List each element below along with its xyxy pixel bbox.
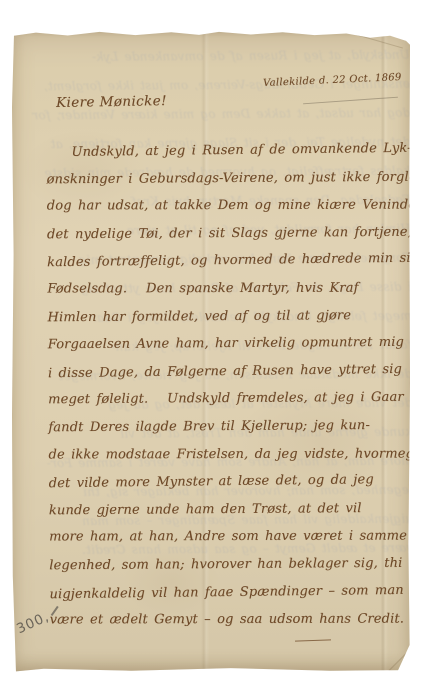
handwritten-line: det vilde more Mynster at læse det, og d…: [49, 466, 409, 498]
handwritten-line: dog har udsat, at takke Dem og mine kiær…: [47, 192, 407, 221]
handwritten-line: kaldes fortræffeligt, og hvormed de hædr…: [47, 245, 407, 277]
handwritten-line: Forgaaelsen Avne ham, har virkelig opmun…: [48, 329, 408, 359]
handwritten-line: meget føleligt. Undskyld fremdeles, at j…: [48, 384, 408, 414]
ink-underline: [295, 639, 331, 641]
handwritten-line: uigjenkaldelig vil han faae Spændinger –…: [49, 576, 409, 608]
handwritten-line: være et ædelt Gemyt – og saa udsom hans …: [50, 606, 410, 635]
handwritten-line: Fødselsdag. Den spanske Martyr, hvis Kra…: [47, 274, 407, 303]
handwritten-line: de ikke modstaae Fristelsen, da jeg vids…: [48, 440, 408, 469]
letter-body: Undskyld, at jeg i Rusen af de omvankend…: [46, 136, 409, 635]
handwritten-line: more ham, at han, Andre som have været i…: [49, 523, 409, 552]
pencil-underline: [303, 97, 398, 105]
handwriting-layer: Vallekilde d. 22 Oct. 1869 Kiere Mønicke…: [12, 30, 410, 672]
handwritten-line: fandt Deres ilagde Brev til Kjellerup; j…: [48, 412, 408, 442]
letter-sheet: Undskyld, at jeg i Rusen af de omvankend…: [12, 30, 410, 672]
handwritten-line: det nydelige Tøi, der i sit Slags gjerne…: [47, 219, 407, 249]
handwritten-line: kunde gjerne unde ham den Trøst, at det …: [49, 494, 409, 524]
handwritten-line: Undskyld, at jeg i Rusen af de omvankend…: [46, 135, 406, 167]
handwritten-line: ønskninger i Gebursdags-Veirene, om just…: [46, 163, 406, 193]
handwritten-line: Himlen har formildet, ved af og til at g…: [47, 301, 407, 331]
dateline: Vallekilde d. 22 Oct. 1869: [263, 72, 402, 89]
handwritten-line: i disse Dage, da Følgerne af Rusen have …: [48, 356, 408, 388]
salutation: Kiere Mønicke!: [56, 93, 167, 111]
handwritten-line: legenhed, som han; hvorover han beklager…: [49, 550, 409, 580]
